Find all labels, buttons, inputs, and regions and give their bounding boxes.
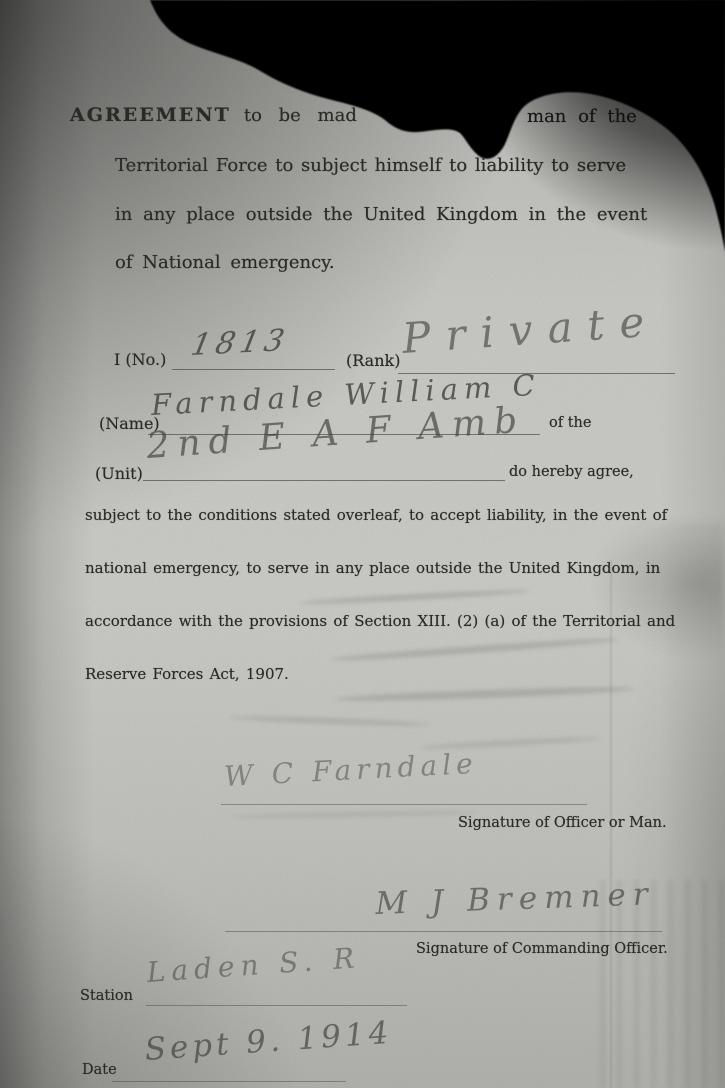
station-label: Station <box>80 988 133 1004</box>
body-line2: national emergency, to serve in any plac… <box>85 559 660 577</box>
number-field-value-handwriting: 1813 <box>188 323 292 363</box>
date-label: Date <box>82 1062 117 1078</box>
station-line <box>146 1005 407 1006</box>
commanding-signature-caption: Signature of Commanding Officer. <box>416 941 668 957</box>
heading-line3: in any place outside the United Kingdom … <box>115 204 647 225</box>
number-field-label: I (No.) <box>114 350 166 369</box>
heading-line1-mid: to be mad <box>244 105 357 126</box>
commanding-signature-handwriting: M J Bremner <box>375 876 655 922</box>
date-value-handwriting: Sept 9. 1914 <box>143 1015 393 1068</box>
body-line4: Reserve Forces Act, 1907. <box>85 665 289 683</box>
officer-signature-caption: Signature of Officer or Man. <box>458 815 667 831</box>
pencil-smudge <box>230 715 430 728</box>
heading-line1: AGREEMENT to be mad <box>70 104 357 126</box>
heading-line2: Territorial Force to subject himself to … <box>115 155 626 176</box>
station-value-handwriting: Laden S. R <box>146 941 362 989</box>
unit-field-line <box>143 480 505 481</box>
body-line3: accordance with the provisions of Sectio… <box>85 612 675 630</box>
pencil-smudge <box>230 810 480 819</box>
officer-signature-line <box>221 804 587 805</box>
heading-line4: of National emergency. <box>115 252 335 273</box>
rank-field-value-handwriting: Private <box>401 296 661 363</box>
commanding-signature-line <box>225 931 662 932</box>
rank-field-label: (Rank) <box>346 351 400 370</box>
body-line1: subject to the conditions stated overlea… <box>85 506 667 524</box>
heading-line1-right-fragment: man of the <box>527 106 637 127</box>
unit-field-suffix: do hereby agree, <box>509 464 634 480</box>
officer-signature-handwriting: W C Farndale <box>223 747 478 793</box>
pencil-smudge <box>300 588 530 606</box>
pencil-smudge <box>330 636 620 663</box>
unit-field-label: (Unit) <box>95 464 143 483</box>
heading-agreement-word: AGREEMENT <box>70 104 231 126</box>
number-field-line <box>172 369 335 370</box>
date-line <box>112 1081 346 1082</box>
name-field-suffix: of the <box>549 415 591 431</box>
pencil-smudge <box>420 735 600 750</box>
scanned-document: AGREEMENT to be mad man of the Territori… <box>0 0 725 1088</box>
pencil-smudge <box>335 685 635 703</box>
